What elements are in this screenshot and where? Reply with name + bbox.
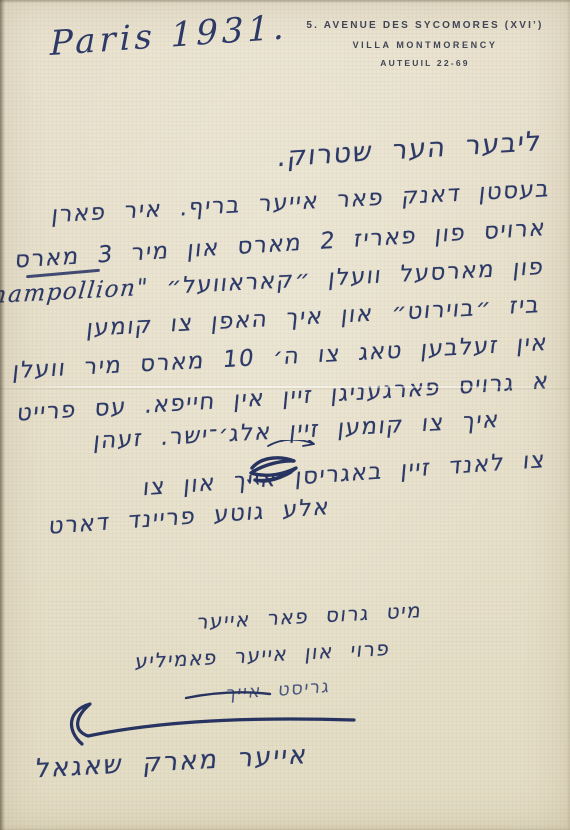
signature-flourish: [36, 686, 372, 750]
letterhead-address: 5. AVENUE DES SYCOMORES (XVI’): [295, 20, 555, 31]
closing-line: מיט גרוס פאר אייער: [196, 598, 424, 634]
body-line: צו לאנד זיין באגריסן אייך און צו: [142, 447, 547, 501]
body-line: אלע גוטע פריינד דארט: [47, 494, 331, 540]
printed-letterhead: 5. AVENUE DES SYCOMORES (XVI’) VILLA MON…: [295, 20, 555, 68]
closing-line: פרוי און אייער פאמיליע: [134, 636, 392, 674]
letterhead-phone: AUTEUIL 22-69: [295, 58, 555, 68]
scribble-strikeout: [238, 440, 330, 488]
handwritten-date: Paris 1931.: [50, 7, 288, 64]
salutation-line: ליבער הער שטרוק.: [276, 126, 544, 173]
paper-fold-crease: [0, 386, 570, 388]
letterhead-villa: VILLA MONTMORENCY: [295, 40, 555, 50]
ship-name: "Champollion": [0, 275, 149, 311]
letter-page: Paris 1931. 5. AVENUE DES SYCOMORES (XVI…: [0, 0, 570, 830]
